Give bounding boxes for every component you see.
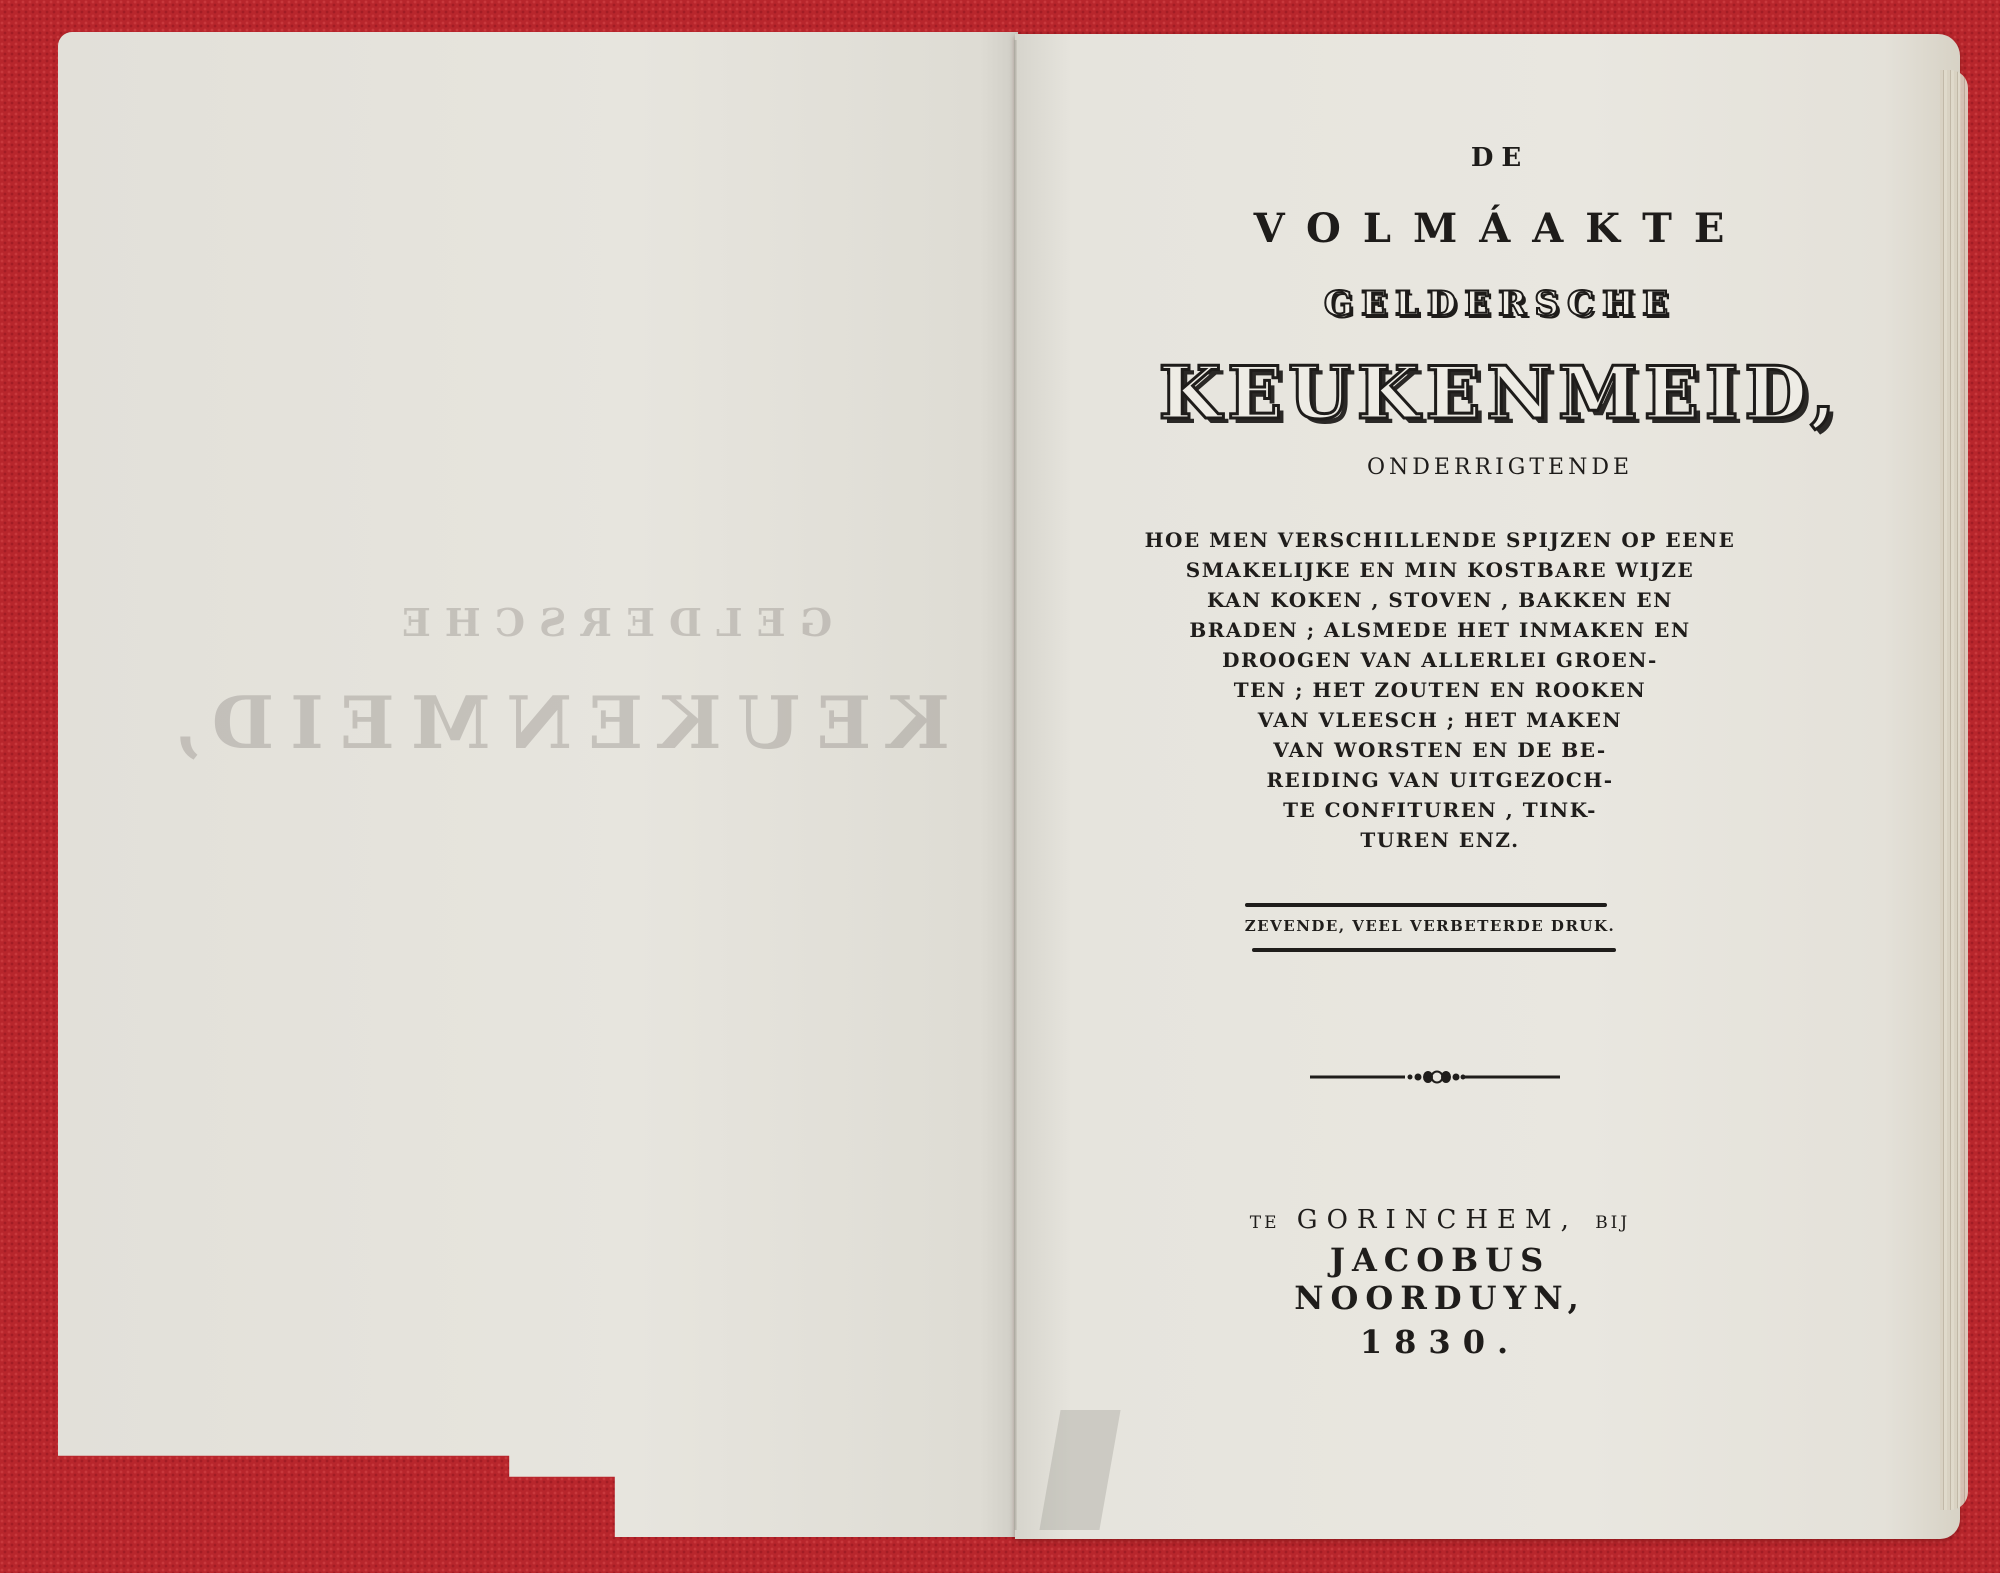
imprint: TE GORINCHEM, BIJ JACOBUS NOORDUYN, 1830… xyxy=(1180,1205,1700,1361)
description-text: HOE MEN VERSCHILLENDE SPIJZEN OP EENE SM… xyxy=(1120,525,1760,855)
show-through-text-line2: KEUKENMEID, xyxy=(270,680,950,765)
subtitle: ONDERRIGTENDE xyxy=(1060,455,1940,480)
title-de: DE xyxy=(1060,143,1940,173)
imprint-year: 1830. xyxy=(1180,1323,1700,1361)
edition-rule-top xyxy=(1245,903,1607,907)
imprint-place-line: TE GORINCHEM, BIJ xyxy=(1180,1205,1700,1235)
description-line: TE CONFITUREN , TINK- xyxy=(1120,795,1760,825)
title-volmaakte: VOLMÁAKTE xyxy=(1060,205,1940,252)
description-line: KAN KOKEN , STOVEN , BAKKEN EN xyxy=(1120,585,1760,615)
description-line: VAN VLEESCH ; HET MAKEN xyxy=(1120,705,1760,735)
description-line: SMAKELIJKE EN MIN KOSTBARE WIJZE xyxy=(1120,555,1760,585)
left-page xyxy=(58,32,1018,1537)
spine-fold xyxy=(1014,40,1017,1530)
show-through-text-line1: GELDERSCHE xyxy=(270,600,950,645)
description-line: HOE MEN VERSCHILLENDE SPIJZEN OP EENE xyxy=(1120,525,1760,555)
imprint-prefix: TE xyxy=(1250,1213,1280,1233)
imprint-publisher: JACOBUS NOORDUYN, xyxy=(1180,1241,1700,1317)
description-line: VAN WORSTEN EN DE BE- xyxy=(1120,735,1760,765)
edition-rule-bottom xyxy=(1252,948,1616,952)
imprint-suffix: BIJ xyxy=(1595,1213,1630,1233)
description-line: DROOGEN VAN ALLERLEI GROEN- xyxy=(1120,645,1760,675)
ornament-divider-icon xyxy=(1310,1070,1560,1084)
title-keukenmeid: KEUKENMEID, xyxy=(1060,350,1940,435)
edition-statement: ZEVENDE, VEEL VERBETERDE DRUK. xyxy=(1240,917,1620,935)
imprint-place: GORINCHEM, xyxy=(1297,1205,1578,1235)
description-line: BRADEN ; ALSMEDE HET INMAKEN EN xyxy=(1120,615,1760,645)
description-line: REIDING VAN UITGEZOCH- xyxy=(1120,765,1760,795)
description-line: TEN ; HET ZOUTEN EN ROOKEN xyxy=(1120,675,1760,705)
page-edges xyxy=(1940,70,1968,1510)
description-line: TUREN ENZ. xyxy=(1120,825,1760,855)
title-geldersche: GELDERSCHE xyxy=(1060,284,1940,324)
